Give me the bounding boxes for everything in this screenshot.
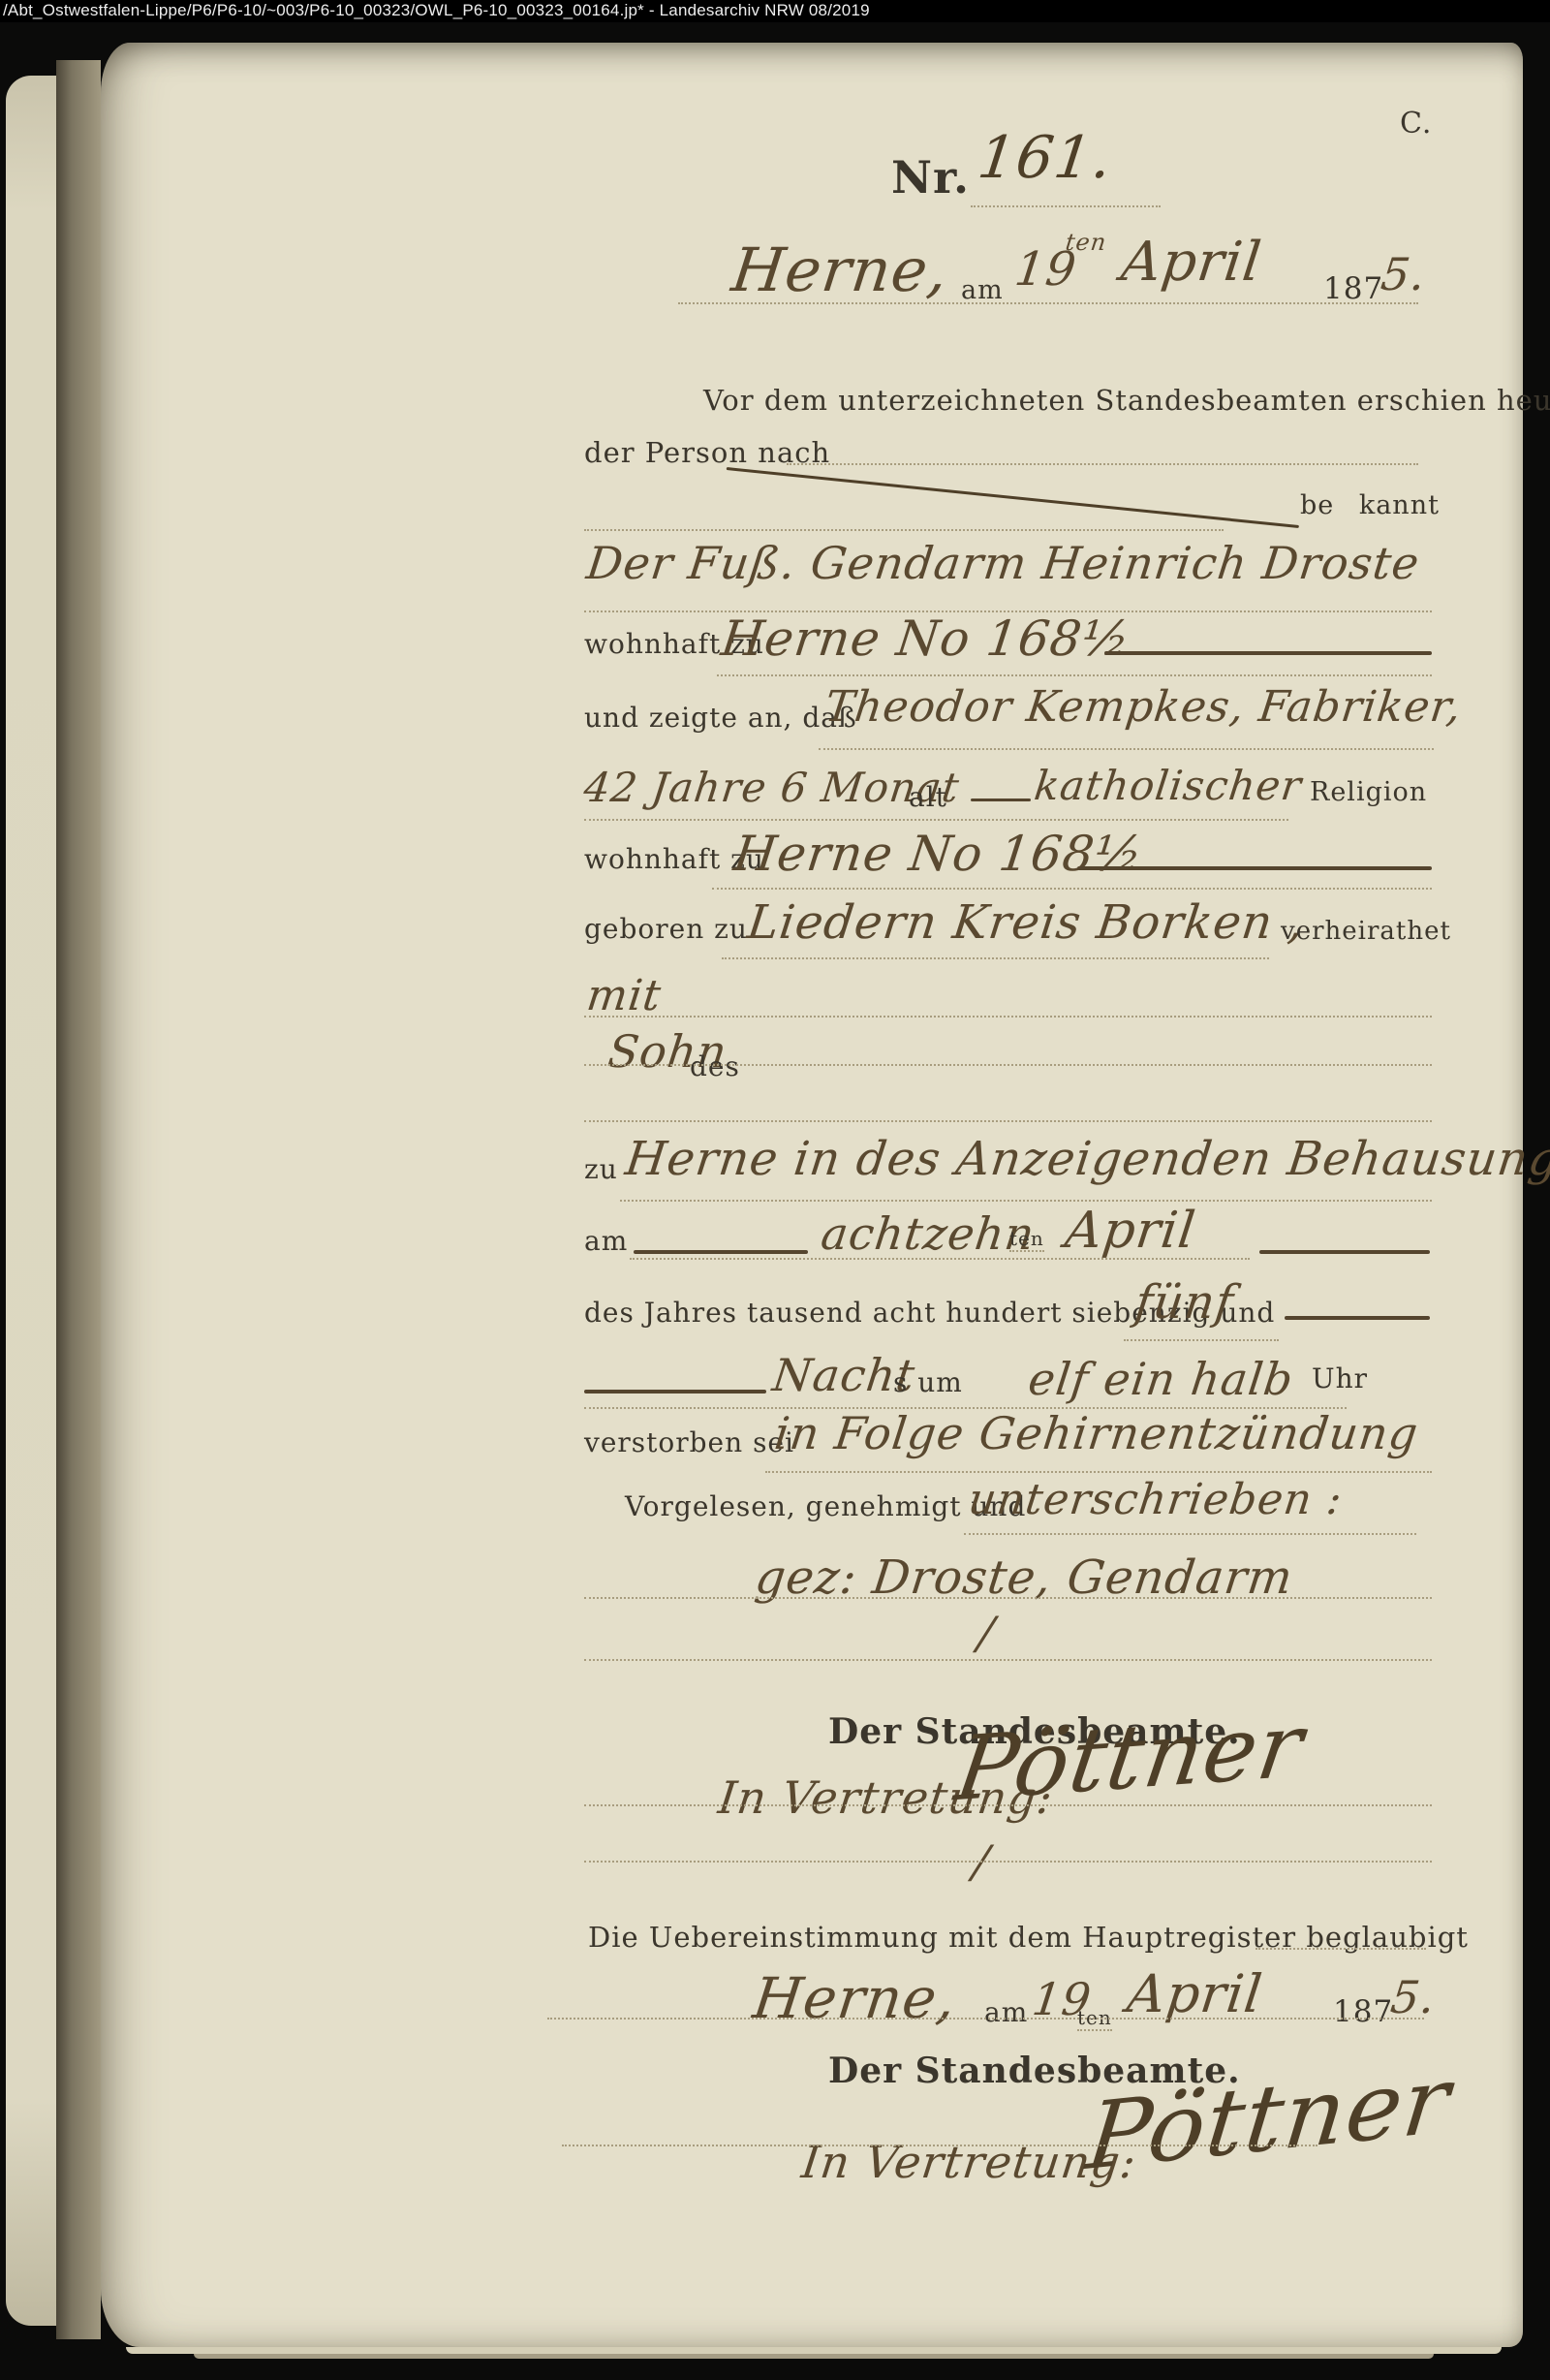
- label-s-um: s um: [893, 1366, 963, 1398]
- intro-line: Vor dem unterzeichneten Standesbeamten e…: [703, 384, 1550, 417]
- entry-unterschrieben: unterschrieben :: [966, 1475, 1346, 1524]
- entry-death-place: Herne in des Anzeigenden Behausung: [623, 1132, 1550, 1186]
- label-am: am: [584, 1225, 628, 1257]
- entry-hour: elf ein halb: [1026, 1353, 1297, 1405]
- dotted-line: [584, 819, 1288, 821]
- dotted-line: [765, 1471, 1432, 1473]
- dotted-line: [584, 1659, 1432, 1661]
- date1-am-label: am: [961, 275, 1004, 305]
- dotted-line: [547, 2018, 1424, 2020]
- dotted-line: [964, 1533, 1416, 1535]
- ink-dash: [1259, 1250, 1430, 1254]
- label-alt: alt: [909, 781, 947, 813]
- date1-month: April: [1118, 231, 1265, 294]
- dotted-line: [712, 888, 1432, 890]
- dotted-line: [819, 748, 1434, 750]
- ink-slash-mark: /: [976, 1607, 998, 1659]
- date1-place: Herne,: [728, 235, 953, 305]
- dotted-line: [722, 957, 1269, 959]
- dotted-line: [584, 529, 1224, 531]
- dotted-line: [787, 463, 1418, 465]
- label-und-zeigte: und zeigte an, daß: [584, 702, 857, 734]
- dotted-line: [584, 1597, 1432, 1599]
- dotted-line: [630, 1258, 1250, 1260]
- dotted-line: [678, 302, 1418, 304]
- dotted-line: [584, 1861, 1432, 1863]
- nr-label: Nr.: [891, 151, 970, 204]
- date1-year-printed: 187: [1323, 271, 1383, 306]
- ink-dash: [1285, 1316, 1430, 1320]
- archive-path-text: /Abt_Ostwestfalen-Lippe/P6/P6-10/~003/P6…: [3, 1, 870, 19]
- label-ten: ten: [1009, 1227, 1044, 1252]
- entry-deceased: Theodor Kempkes, Fabriker,: [822, 682, 1465, 732]
- label-geboren-zu: geboren zu: [584, 913, 748, 945]
- screenshot-root: { "titlebar": { "text": "/Abt_Ostwestfal…: [0, 0, 1550, 2380]
- book-left-page-edge: [6, 76, 56, 2326]
- date1-day-suffix: ten: [1064, 229, 1108, 256]
- dotted-line: [584, 1120, 1432, 1122]
- entry-declarant: Der Fuß. Gendarm Heinrich Droste: [584, 537, 1423, 589]
- date2-am-label: am: [984, 1996, 1028, 2028]
- dotted-line: [584, 1804, 1432, 1806]
- ink-dash: [634, 1250, 808, 1254]
- date2-place: Herne,: [750, 1965, 960, 2031]
- page-stack-edge: [194, 2354, 1434, 2359]
- date1-year-digit: 5.: [1379, 248, 1430, 300]
- ink-dash: [1104, 651, 1432, 655]
- archive-path-bar: /Abt_Ostwestfalen-Lippe/P6/P6-10/~003/P6…: [0, 0, 1550, 22]
- dotted-line: [584, 1016, 1432, 1018]
- ink-dash: [584, 1390, 766, 1394]
- document-page: C. Nr. 161. Herne, am 19 ten April 187 5…: [101, 43, 1523, 2347]
- dotted-line: [717, 674, 1432, 676]
- entry-death-day: achtzehn: [819, 1207, 1038, 1260]
- nr-value: 161.: [975, 124, 1116, 192]
- label-religion: Religion: [1310, 777, 1427, 807]
- ink-dash: [1077, 866, 1432, 870]
- entry-birthplace: Liedern Kreis Borken ,: [745, 895, 1308, 950]
- dotted-line: [1255, 1948, 1426, 1950]
- entry-religion: katholischer: [1032, 762, 1305, 809]
- entry-age: 42 Jahre 6 Monat: [581, 764, 962, 811]
- book-gutter-shadow: [56, 60, 101, 2339]
- entry-residence-2: Herne No 168½: [730, 826, 1146, 882]
- date2-month: April: [1124, 1963, 1266, 2024]
- bekannt-label: be kannt: [1300, 490, 1440, 520]
- label-des: des: [690, 1050, 740, 1082]
- dotted-line: [1124, 1339, 1279, 1341]
- date2-year-digit: 5.: [1388, 1971, 1440, 2023]
- page-stack-edge: [126, 2347, 1502, 2354]
- label-zu: zu: [584, 1153, 618, 1185]
- entry-death-month: April: [1062, 1202, 1198, 1260]
- dotted-line: [620, 1200, 1432, 1202]
- date2-year-printed: 187: [1333, 1994, 1393, 2029]
- dotted-line: [971, 205, 1161, 207]
- entry-cause: in Folge Gehirnentzündung: [772, 1407, 1422, 1459]
- ink-strikethrough: [727, 467, 1299, 528]
- ink-dash: [971, 799, 1031, 801]
- label-uhr: Uhr: [1312, 1362, 1368, 1394]
- entry-mit: mit: [584, 971, 665, 1020]
- label-verheirathet: verheirathet: [1281, 917, 1451, 946]
- dotted-line: [562, 2145, 1317, 2146]
- entry-residence-1: Herne No 168½: [718, 611, 1133, 667]
- dotted-line: [584, 1064, 1432, 1066]
- entry-year-word: fünf: [1132, 1275, 1237, 1330]
- corner-mark: C.: [1400, 107, 1432, 141]
- label-verstorben-sei: verstorben sei: [584, 1426, 794, 1458]
